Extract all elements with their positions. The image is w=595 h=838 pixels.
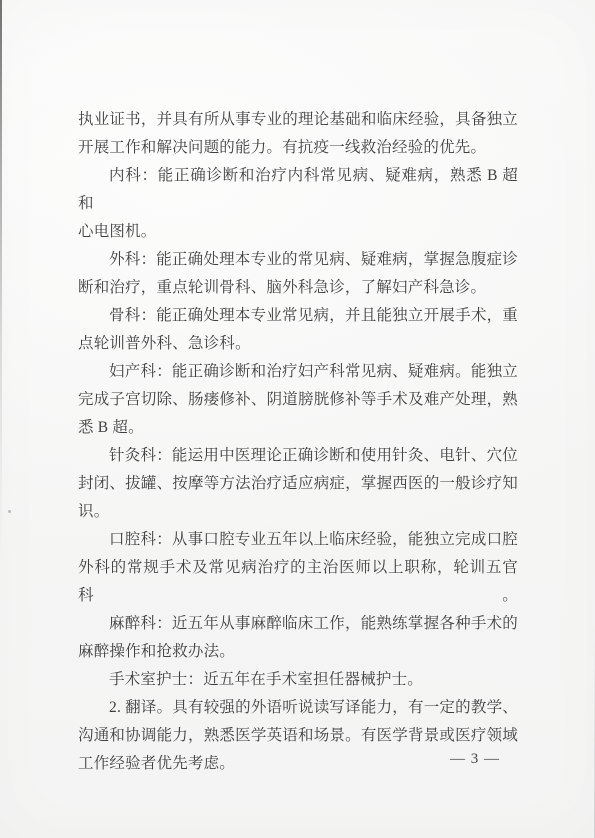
text-line: 针灸科：能运用中医理论正确诊断和使用针灸、电针、穴位 — [78, 442, 518, 470]
text-line: 封闭、拔罐、按摩等方法治疗适应病症，掌握西医的一般诊疗知 — [78, 470, 518, 498]
text-line: 点轮训普外科、急诊科。 — [78, 330, 518, 358]
scan-speck — [8, 510, 11, 513]
document-page: 执业证书，并具有所从事专业的理论基础和临床经验，具备独立 开展工作和解决问题的能… — [0, 0, 595, 838]
text-line: 麻醉操作和抢救办法。 — [78, 638, 518, 666]
text-line: 沟通和协调能力，熟悉医学英语和场景。有医学背景或医疗领域 — [78, 722, 518, 750]
text-line: 开展工作和解决问题的能力。有抗疫一线救治经验的优先。 — [78, 134, 518, 162]
scan-background: { "style": { "paper_color": "#f9f9f8", "… — [0, 0, 595, 838]
text-line: 完成子宫切除、肠瘘修补、阴道膀胱修补等手术及难产处理，熟 — [78, 386, 518, 414]
text-line: 骨科：能正确处理本专业常见病，并且能独立开展手术，重 — [78, 302, 518, 330]
text-line: 执业证书，并具有所从事专业的理论基础和临床经验，具备独立 — [78, 106, 518, 134]
text-line: 口腔科：从事口腔专业五年以上临床经验，能独立完成口腔 — [78, 526, 518, 554]
text-line: 内科：能正确诊断和治疗内科常见病、疑难病，熟悉 B 超和 — [78, 162, 518, 218]
text-line: 手术室护士：近五年在手术室担任器械护士。 — [78, 666, 518, 694]
text-line: 外科：能正确处理本专业的常见病、疑难病，掌握急腹症诊 — [78, 246, 518, 274]
text-line: 悉 B 超。 — [78, 414, 518, 442]
text-line: 识。 — [78, 498, 518, 526]
text-line: 心电图机。 — [78, 218, 518, 246]
text-line: 麻醉科：近五年从事麻醉临床工作，能熟练掌握各种手术的 — [78, 610, 518, 638]
page-number: — 3 — — [450, 751, 500, 768]
scan-edge-artifact — [0, 0, 2, 560]
document-body: 执业证书，并具有所从事专业的理论基础和临床经验，具备独立 开展工作和解决问题的能… — [78, 106, 518, 778]
text-line: 2. 翻译。具有较强的外语听说读写译能力，有一定的教学、 — [78, 694, 518, 722]
text-line: 外科的常规手术及常见病治疗的主治医师以上职称，轮训五官科。 — [78, 554, 518, 610]
text-line: 妇产科：能正确诊断和治疗妇产科常见病、疑难病。能独立 — [78, 358, 518, 386]
text-line: 断和治疗，重点轮训骨科、脑外科急诊，了解妇产科急诊。 — [78, 274, 518, 302]
